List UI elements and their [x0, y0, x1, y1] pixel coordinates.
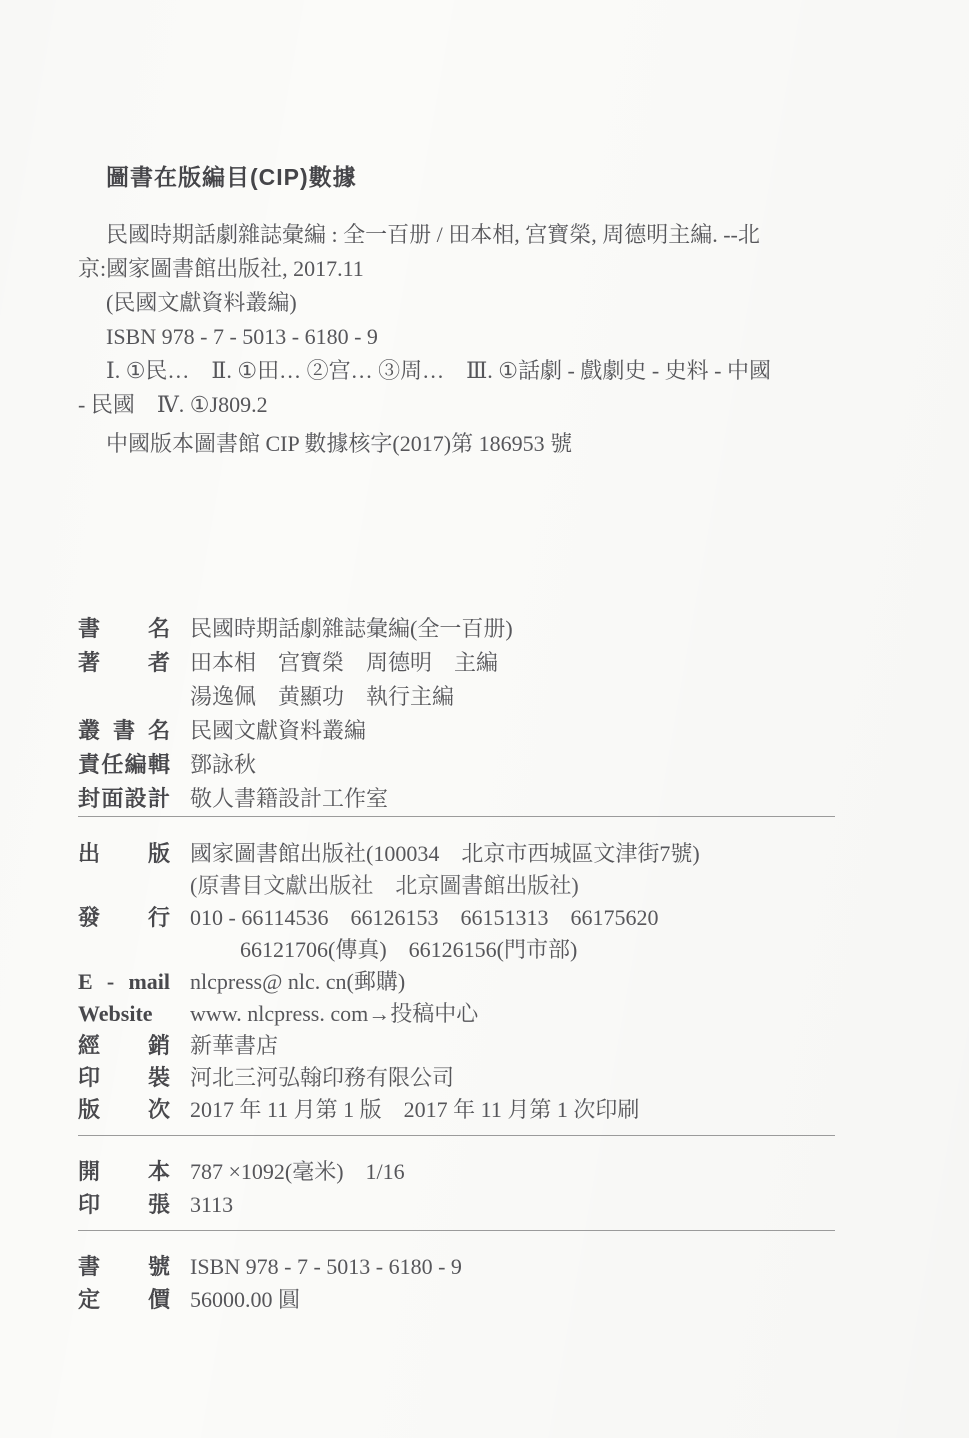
distribution-phones-line-1: 010 - 66114536 66126153 66151313 6617562…	[190, 902, 659, 934]
printer-row: 印裝 河北三河弘翰印務有限公司	[78, 1062, 840, 1094]
field-value-email: nlcpress@ nlc. cn(郵購)	[190, 966, 405, 998]
field-label-cover-design: 封面設計	[78, 782, 170, 816]
field-value-isbn: ISBN 978 - 7 - 5013 - 6180 - 9	[190, 1250, 462, 1283]
sheet-size-row: 開本 787 ×1092(毫米) 1/16	[78, 1155, 840, 1188]
cip-block: 圖書在版編目(CIP)數據 民國時期話劇雜誌彙編 : 全一百册 / 田本相, 宫…	[78, 162, 840, 461]
field-label-isbn: 書號	[78, 1250, 170, 1283]
field-label-seller: 經銷	[78, 1030, 170, 1062]
field-value-book-title: 民國時期話劇雜誌彙編(全一百册)	[190, 612, 513, 646]
cip-record-number: 中國版本圖書館 CIP 數據核字(2017)第 186953 號	[106, 427, 840, 461]
field-value-printed-sheets: 3113	[190, 1188, 233, 1221]
field-value-sheet-size: 787 ×1092(毫米) 1/16	[190, 1155, 405, 1188]
field-value-edition: 2017 年 11 月第 1 版 2017 年 11 月第 1 次印刷	[190, 1094, 639, 1126]
field-label-printer: 印裝	[78, 1062, 170, 1094]
field-label-authors: 著者	[78, 646, 170, 680]
cip-heading: 圖書在版編目(CIP)數據	[106, 162, 840, 192]
field-value-price: 56000.00 圓	[190, 1283, 300, 1316]
isbn-row: 書號 ISBN 978 - 7 - 5013 - 6180 - 9	[78, 1250, 840, 1283]
colophon-block: 書名 民國時期話劇雜誌彙編(全一百册) 著者 田本相 宫寶榮 周德明 主編 湯逸…	[78, 612, 840, 816]
responsible-editor-row: 責任編輯 鄧詠秋	[78, 748, 840, 782]
price-row: 定價 56000.00 圓	[78, 1283, 840, 1316]
printed-sheets-row: 印張 3113	[78, 1188, 840, 1221]
cip-classification-line-1: Ⅰ. ①民… Ⅱ. ①田… ②宫… ③周… Ⅲ. ①話劇 - 戲劇史 - 史料 …	[106, 354, 840, 388]
email-row: E - mail nlcpress@ nlc. cn(郵購)	[78, 966, 840, 998]
authors-row: 著者 田本相 宫寶榮 周德明 主編 湯逸佩 黄顯功 執行主編	[78, 646, 840, 714]
field-label-book-title: 書名	[78, 612, 170, 646]
field-label-price: 定價	[78, 1283, 170, 1316]
page-content: 圖書在版編目(CIP)數據 民國時期話劇雜誌彙編 : 全一百册 / 田本相, 宫…	[78, 0, 840, 1316]
field-label-series-name: 叢書名	[78, 714, 170, 748]
cover-design-row: 封面設計 敬人書籍設計工作室	[78, 782, 840, 816]
publisher-line-1: 國家圖書館出版社(100034 北京市西城區文津街7號)	[190, 838, 700, 870]
cip-isbn-line: ISBN 978 - 7 - 5013 - 6180 - 9	[106, 320, 840, 354]
field-label-printed-sheets: 印張	[78, 1188, 170, 1221]
distribution-phones-line-2: 66121706(傳真) 66126156(門市部)	[190, 934, 659, 966]
book-copyright-page: 圖書在版編目(CIP)數據 民國時期話劇雜誌彙編 : 全一百册 / 田本相, 宫…	[0, 0, 969, 1438]
authors-line-1: 田本相 宫寶榮 周德明 主編	[190, 646, 498, 680]
edition-row: 版次 2017 年 11 月第 1 版 2017 年 11 月第 1 次印刷	[78, 1094, 840, 1126]
field-label-publisher: 出版	[78, 838, 170, 870]
field-value-publisher: 國家圖書館出版社(100034 北京市西城區文津街7號) (原書目文獻出版社 北…	[190, 838, 700, 902]
seller-row: 經銷 新華書店	[78, 1030, 840, 1062]
publisher-line-2: (原書目文獻出版社 北京圖書館出版社)	[190, 870, 700, 902]
isbn-price-block: 書號 ISBN 978 - 7 - 5013 - 6180 - 9 定價 560…	[78, 1250, 840, 1316]
publication-block: 出版 國家圖書館出版社(100034 北京市西城區文津街7號) (原書目文獻出版…	[78, 838, 840, 1126]
separator-line-3	[78, 1230, 835, 1231]
series-name-row: 叢書名 民國文獻資料叢編	[78, 714, 840, 748]
separator-line-1	[78, 816, 835, 817]
distribution-row: 發行 010 - 66114536 66126153 66151313 6617…	[78, 902, 840, 966]
website-row: Website www. nlcpress. com→投稿中心	[78, 998, 840, 1030]
field-value-seller: 新華書店	[190, 1030, 278, 1062]
cip-description-line-2: 京:國家圖書館出版社, 2017.11	[78, 252, 840, 286]
field-value-cover-design: 敬人書籍設計工作室	[190, 782, 388, 816]
format-block: 開本 787 ×1092(毫米) 1/16 印張 3113	[78, 1155, 840, 1221]
cip-classification-line-2: - 民國 Ⅳ. ①J809.2	[78, 388, 840, 422]
publisher-row: 出版 國家圖書館出版社(100034 北京市西城區文津街7號) (原書目文獻出版…	[78, 838, 840, 902]
field-label-website: Website	[78, 998, 170, 1030]
field-label-distribution: 發行	[78, 902, 170, 934]
cip-description-line-1: 民國時期話劇雜誌彙編 : 全一百册 / 田本相, 宫寶榮, 周德明主編. --北	[106, 218, 840, 252]
field-value-printer: 河北三河弘翰印務有限公司	[190, 1062, 454, 1094]
field-value-website: www. nlcpress. com→投稿中心	[190, 998, 478, 1030]
separator-line-2	[78, 1135, 835, 1136]
cip-paragraph: 民國時期話劇雜誌彙編 : 全一百册 / 田本相, 宫寶榮, 周德明主編. --北…	[78, 218, 840, 461]
field-label-email: E - mail	[78, 966, 170, 998]
field-label-edition: 版次	[78, 1094, 170, 1126]
field-value-distribution: 010 - 66114536 66126153 66151313 6617562…	[190, 902, 659, 966]
field-value-authors: 田本相 宫寶榮 周德明 主編 湯逸佩 黄顯功 執行主編	[190, 646, 498, 714]
field-value-series-name: 民國文獻資料叢編	[190, 714, 366, 748]
field-label-responsible-editor: 責任編輯	[78, 748, 170, 782]
field-value-responsible-editor: 鄧詠秋	[190, 748, 256, 782]
book-title-row: 書名 民國時期話劇雜誌彙編(全一百册)	[78, 612, 840, 646]
authors-line-2: 湯逸佩 黄顯功 執行主編	[190, 680, 498, 714]
cip-series-note: (民國文獻資料叢編)	[106, 286, 840, 320]
field-label-sheet-size: 開本	[78, 1155, 170, 1188]
